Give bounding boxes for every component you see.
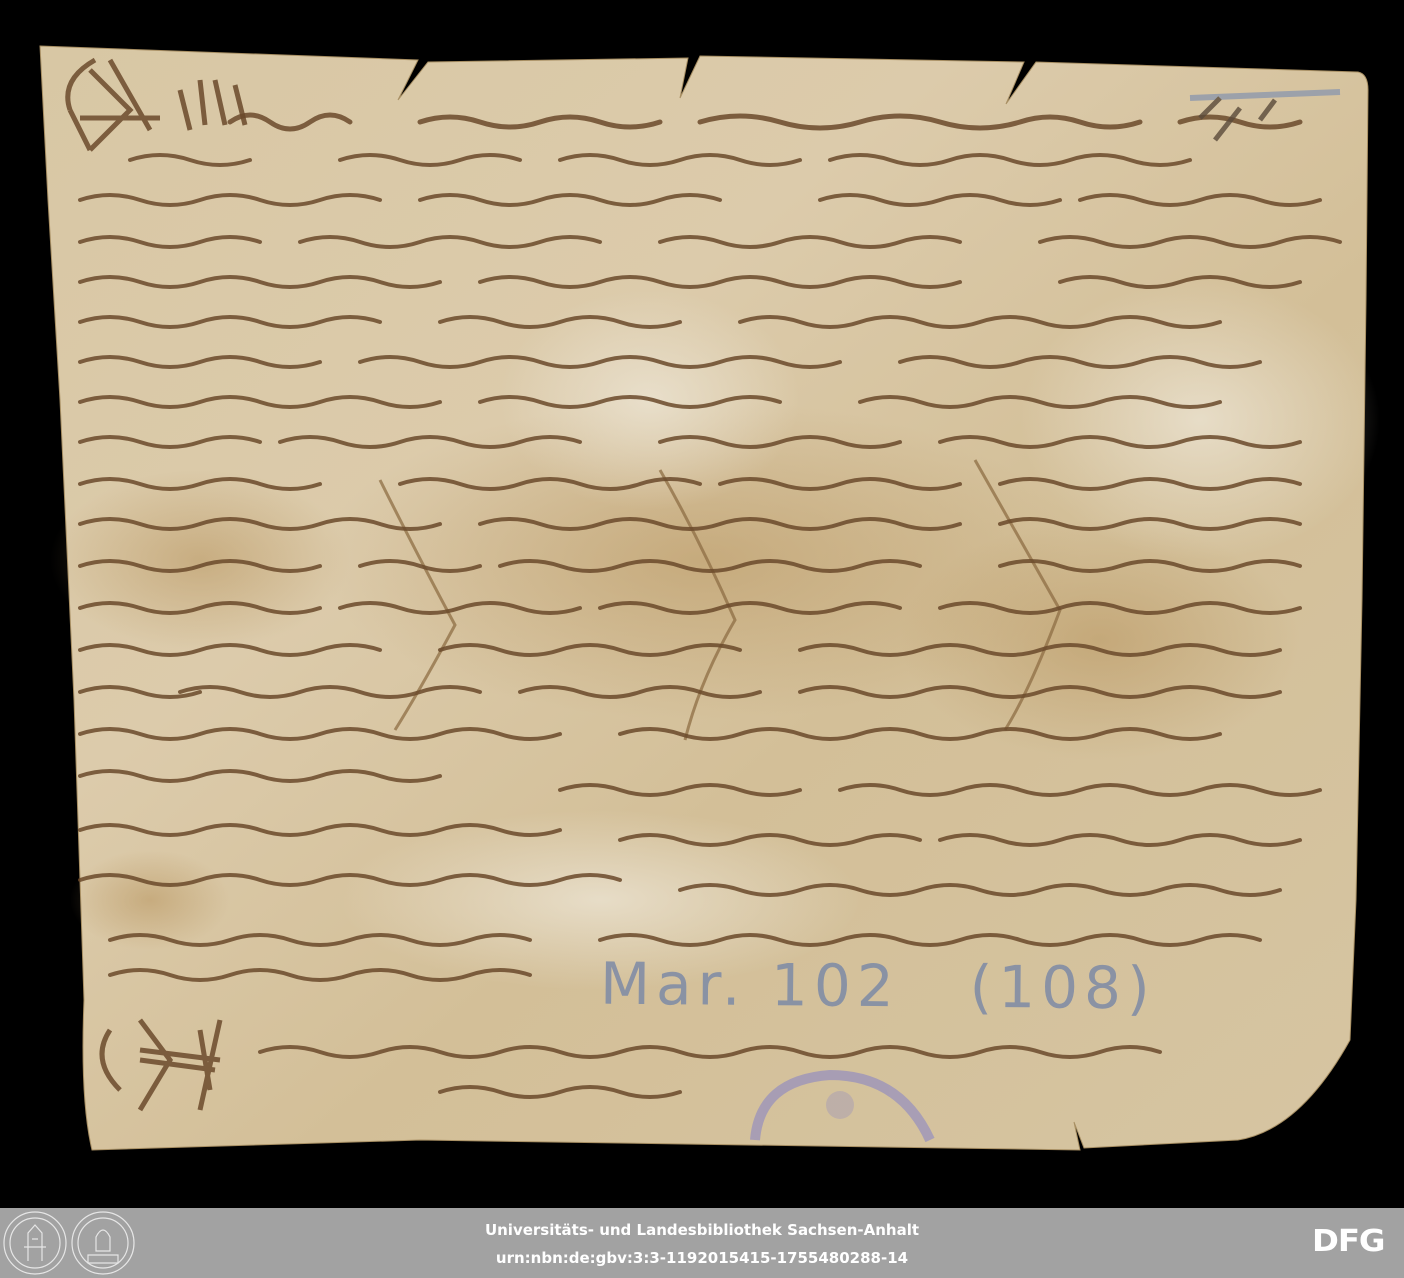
library-footer: Universitäts- und Landesbibliothek Sachs…	[0, 1208, 1404, 1278]
parchment-image	[0, 0, 1404, 1208]
shelfmark-number: (108)	[969, 953, 1156, 1023]
urn-identifier: urn:nbn:de:gbv:3:3-1192015415-1755480288…	[0, 1249, 1404, 1267]
pencil-shelfmark: Mar. 102(108)	[600, 950, 1156, 1023]
dfg-logo: DFG	[1312, 1227, 1384, 1257]
shelfmark-prefix: Mar. 102	[600, 950, 900, 1021]
document-viewer: Mar. 102(108)	[0, 0, 1404, 1208]
institution-name: Universitäts- und Landesbibliothek Sachs…	[0, 1221, 1404, 1239]
